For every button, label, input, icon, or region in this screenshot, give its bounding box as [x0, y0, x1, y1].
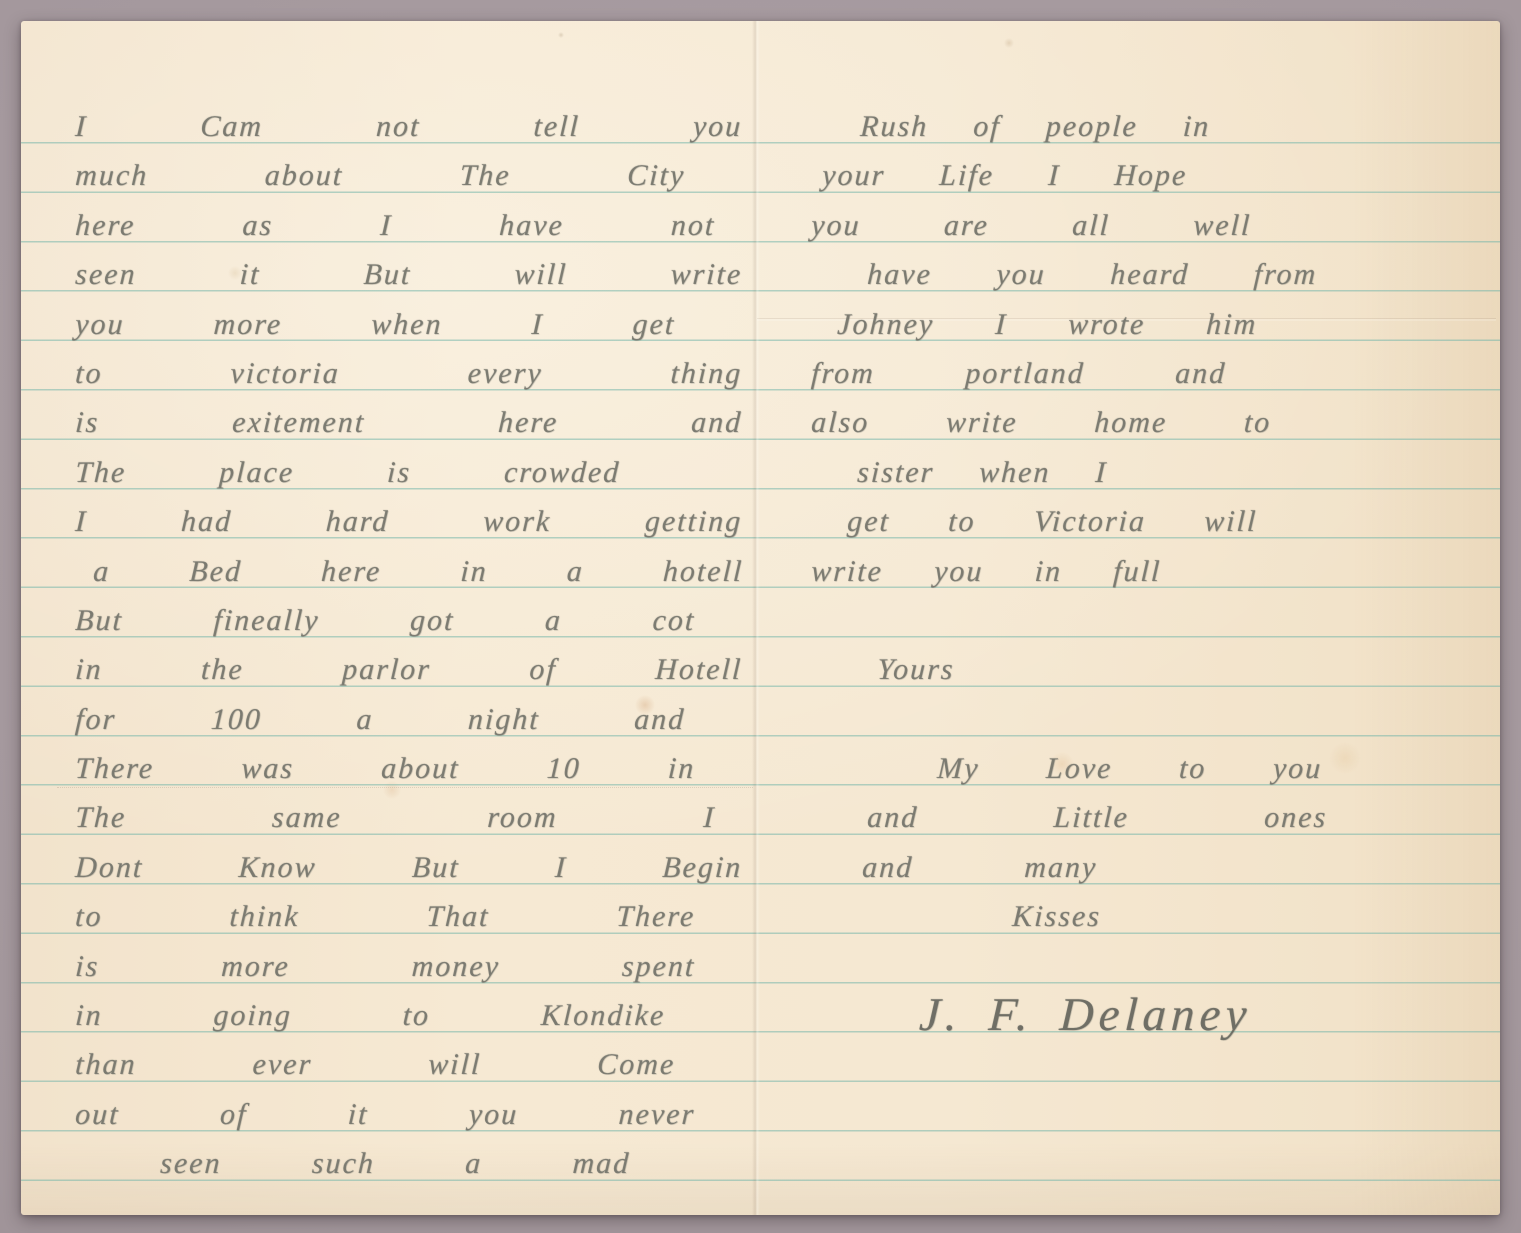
handwriting-line: out of it you never: [74, 1090, 697, 1139]
handwriting-line: The same room I: [74, 793, 717, 842]
handwriting-line: write you in full: [810, 547, 1163, 596]
right-page-handwriting: Rush of people inyour Life I Hopeyou are…: [810, 93, 1521, 1069]
handwriting-line: you are all well: [810, 201, 1253, 250]
handwriting-line: Yours: [810, 645, 1521, 694]
handwriting-line: here as I have not: [74, 201, 717, 250]
handwriting-line: in the parlor of Hotell: [74, 645, 744, 694]
handwriting-line: much about The City: [74, 151, 687, 200]
handwriting-line: I had hard work getting: [74, 497, 744, 546]
handwriting-line: Rush of people in: [810, 102, 1212, 151]
handwriting-line: also write home to: [810, 398, 1273, 447]
handwriting-line: Johney I wrote him: [810, 300, 1259, 349]
handwriting-line: [810, 695, 1521, 744]
handwriting-line: your Life I Hope: [810, 151, 1189, 200]
handwriting-line: The place is crowded: [74, 448, 622, 497]
handwriting-line: I Cam not tell you: [74, 102, 744, 151]
handwriting-line: sister when I: [810, 448, 1109, 497]
signature: J. F. Delaney: [810, 978, 1521, 1078]
scanned-letter-photo: { "document": { "kind": "Handwritten pen…: [0, 0, 1521, 1233]
handwriting-line: a Bed here in a hotell: [74, 547, 745, 596]
handwriting-line: There was about 10 in: [74, 744, 697, 793]
handwriting-line: than ever will Come: [74, 1040, 677, 1089]
handwriting-line: to victoria every thing: [74, 349, 744, 398]
handwriting-line: But fineally got a cot: [74, 596, 697, 645]
handwriting-line: to think That There: [74, 892, 697, 941]
handwriting-line: in going to Klondike: [74, 991, 667, 1040]
handwriting-line: from portland and: [810, 349, 1228, 398]
handwriting-line: and many: [810, 843, 1099, 892]
handwriting-line: seen it But will write: [74, 250, 744, 299]
letter-sheet: I Cam not tell youmuch about The Cityher…: [21, 21, 1500, 1215]
handwriting-line: is exitement here and: [74, 398, 744, 447]
handwriting-line: [810, 596, 1521, 645]
handwriting-line: seen such a mad: [74, 1139, 632, 1188]
handwriting-line: get to Victoria will: [810, 497, 1259, 546]
handwriting-line: and Little ones: [810, 793, 1329, 842]
handwriting-line: you more when I get: [74, 300, 677, 349]
handwriting-line: have you heard from: [810, 250, 1319, 299]
handwriting-line: is more money spent: [74, 942, 697, 991]
handwriting-line: for 100 a night and: [74, 695, 687, 744]
right-page: Rush of people inyour Life I Hopeyou are…: [763, 21, 1500, 1215]
left-page-handwriting: I Cam not tell youmuch about The Cityher…: [74, 93, 741, 1180]
handwriting-line: Kisses: [810, 892, 1521, 941]
handwriting-line: Dont Know But I Begin: [74, 843, 744, 892]
center-fold-crease: [752, 21, 760, 1215]
handwriting-line: My Love to you: [810, 744, 1324, 793]
